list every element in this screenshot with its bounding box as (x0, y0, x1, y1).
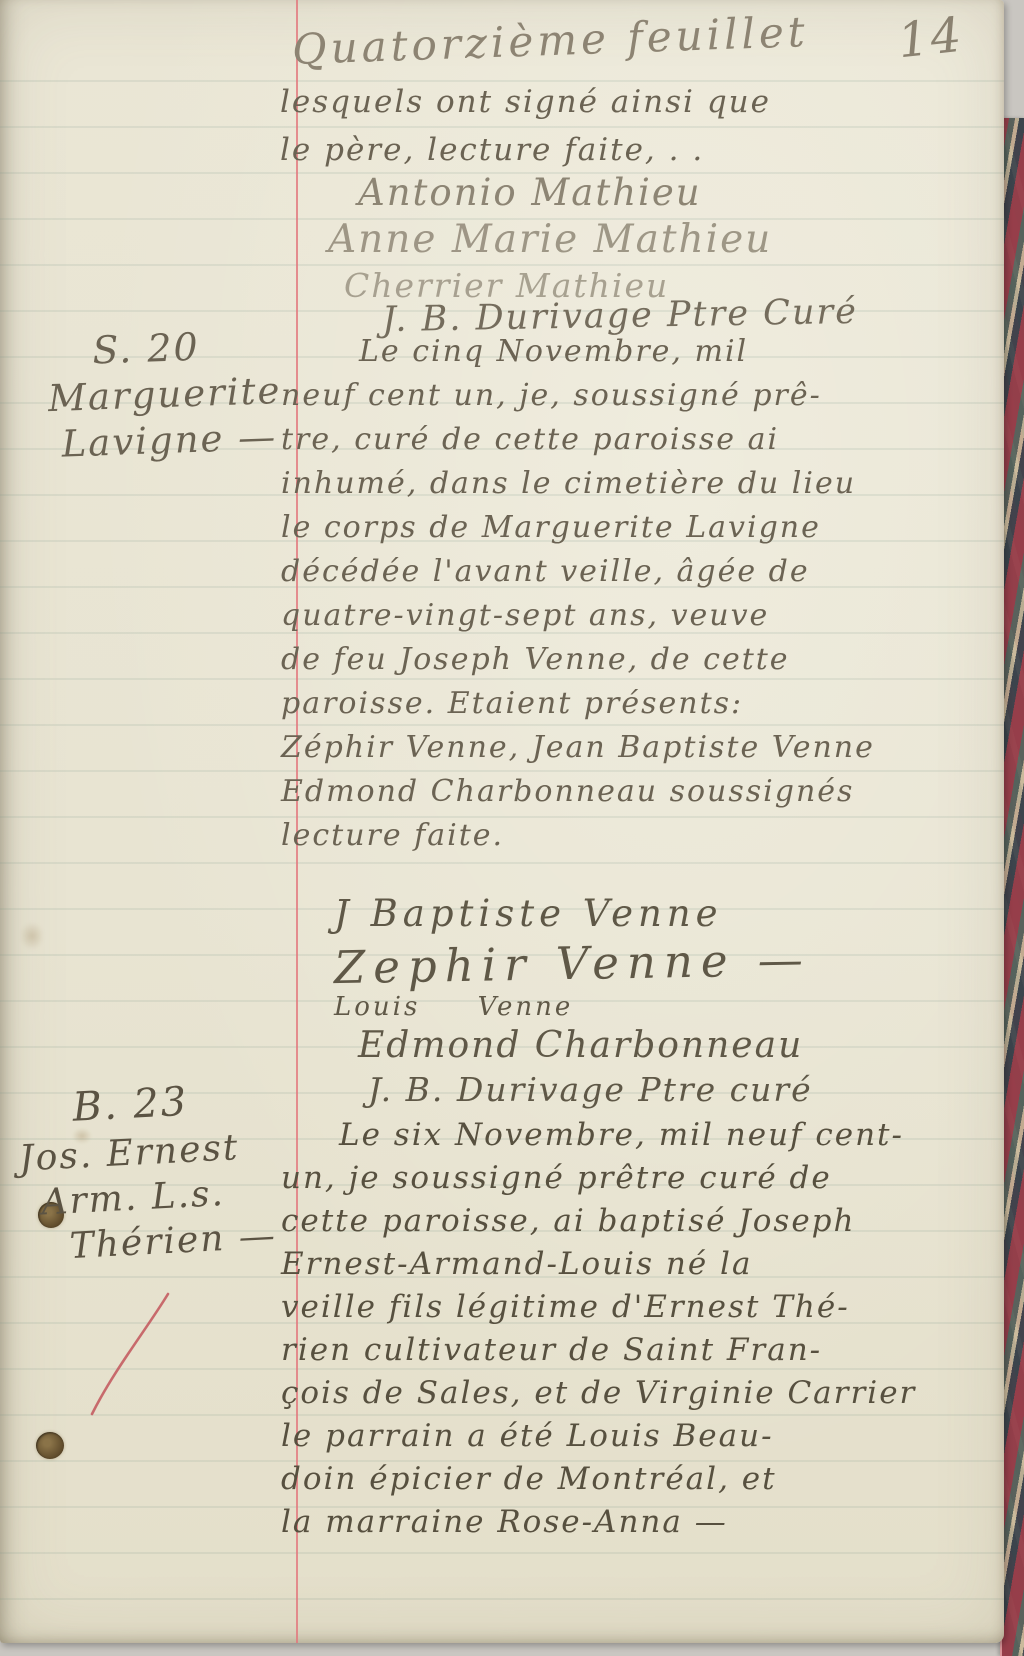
register-page-scan: Quatorzième feuillet 14 lesquels ont sig… (0, 0, 1024, 1656)
red-pencil-mark (80, 1288, 190, 1428)
manuscript-line: le parrain a été Louis Beau- (281, 1415, 916, 1458)
signature: Antonio Mathieu (358, 170, 772, 216)
baptism-act-margin-note: B. 23 Jos. Ernest Arm. L.s. Thérien — (15, 1072, 278, 1272)
manuscript-line: le corps de Marguerite Lavigne (281, 506, 875, 550)
manuscript-line: quatre-vingt-sept ans, veuve (281, 594, 875, 638)
signature: Anne Marie Mathieu (328, 216, 772, 264)
folio-title: Quatorzième feuillet (291, 7, 809, 74)
punch-hole (36, 1432, 64, 1459)
act-subject-name: Marguerite (47, 368, 282, 422)
manuscript-line: Le six Novembre, mil neuf cent- (281, 1114, 916, 1157)
manuscript-line: paroisse. Etaient présents: (281, 682, 875, 726)
previous-act-signatures: Antonio Mathieu Anne Marie Mathieu Cherr… (328, 170, 772, 308)
manuscript-line: cette paroisse, ai baptisé Joseph (281, 1200, 916, 1243)
previous-act-closing: lesquels ont signé ainsi que le père, le… (280, 78, 771, 174)
manuscript-line: Edmond Charbonneau soussignés (281, 770, 875, 814)
manuscript-line: Ernest-Armand-Louis né la (281, 1243, 916, 1286)
manuscript-line: neuf cent un, je, soussigné prê- (281, 374, 875, 418)
manuscript-line: de feu Joseph Venne, de cette (281, 638, 875, 682)
manuscript-line: doin épicier de Montréal, et (281, 1458, 916, 1501)
manuscript-line: veille fils légitime d'Ernest Thé- (281, 1286, 916, 1329)
manuscript-line: le père, lecture faite, . . (280, 126, 771, 174)
signature: Zephir Venne — (334, 934, 814, 994)
baptism-act-body: Le six Novembre, mil neuf cent- un, je s… (281, 1114, 916, 1544)
paper-sheet: Quatorzième feuillet 14 lesquels ont sig… (0, 0, 1004, 1643)
act-reference: S. 20 (46, 320, 281, 376)
manuscript-line: un, je soussigné prêtre curé de (281, 1157, 916, 1200)
signature: Louis Venne (334, 990, 813, 1024)
burial-act-body: Le cinq Novembre, mil neuf cent un, je, … (281, 330, 875, 858)
manuscript-line: lecture faite. (281, 814, 875, 858)
manuscript-line: rien cultivateur de Saint Fran- (281, 1329, 916, 1372)
paper-stain (20, 922, 44, 950)
manuscript-line: Le cinq Novembre, mil (281, 330, 875, 374)
page-number: 14 (895, 7, 966, 69)
signature: J Baptiste Venne (334, 890, 813, 938)
manuscript-line: décédée l'avant veille, âgée de (281, 550, 875, 594)
manuscript-line: la marraine Rose-Anna — (281, 1501, 916, 1544)
manuscript-line: tre, curé de cette paroisse ai (281, 418, 875, 462)
burial-act-signatures: J Baptiste Venne Zephir Venne — Louis Ve… (334, 890, 813, 1112)
signature: Edmond Charbonneau (358, 1024, 813, 1068)
act-subject-name: Lavigne — (49, 414, 284, 468)
manuscript-line: lesquels ont signé ainsi que (280, 78, 771, 126)
manuscript-line: çois de Sales, et de Virginie Carrier (281, 1372, 916, 1415)
burial-act-margin-note: S. 20 Marguerite Lavigne — (46, 320, 284, 468)
manuscript-line: Zéphir Venne, Jean Baptiste Venne (281, 726, 875, 770)
officiant-signature: J. B. Durivage Ptre curé (368, 1068, 813, 1112)
manuscript-line: inhumé, dans le cimetière du lieu (281, 462, 875, 506)
